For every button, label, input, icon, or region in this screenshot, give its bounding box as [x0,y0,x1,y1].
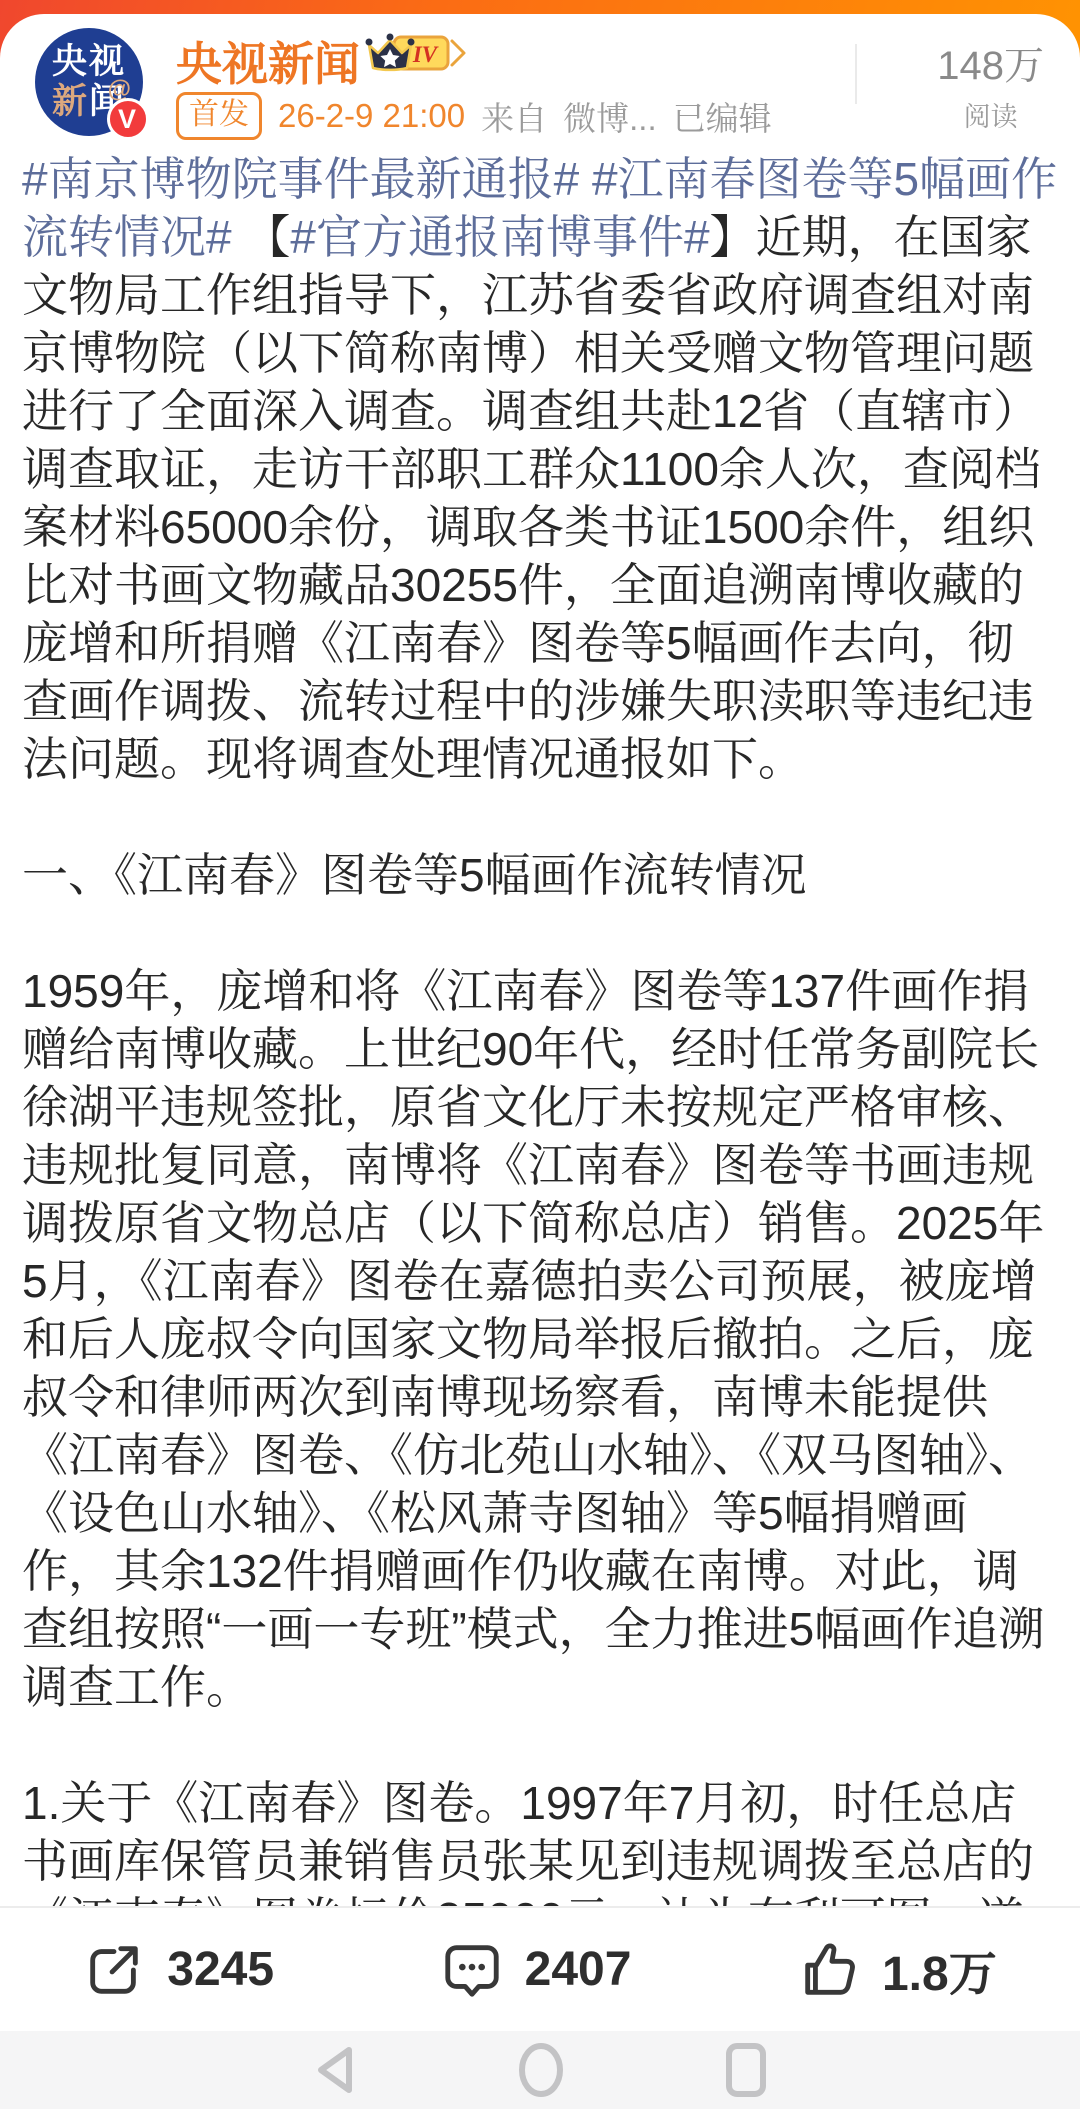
header-vertical-divider [855,44,857,104]
recents-icon[interactable] [725,2042,767,2098]
post-text: 一、《江南春》图卷等5幅画作流转情况 [22,849,807,901]
reads-block: 148万 阅读 [937,34,1044,134]
post-text: 】近期，在国家文物局工作组指导下，江苏省委省政府调查组对南京博物院（以下简称南博… [22,211,1041,785]
post-paragraph: 一、《江南春》图卷等5幅画作流转情况 [22,846,1058,904]
username[interactable]: 央视新闻 [176,28,360,94]
share-icon [83,1939,145,2001]
source-prefix: 来自 [481,93,547,140]
first-release-badge: 首发 [176,92,262,140]
avatar[interactable]: 央视 新闻 @ V [35,28,143,136]
comment-icon [441,1939,503,2001]
comment-count: 2407 [525,1942,632,1997]
home-icon[interactable] [517,2042,565,2098]
share-button[interactable]: 3245 [83,1939,274,2001]
post-body: #南京博物院事件最新通报# #江南春图卷等5幅画作流转情况# 【#官方通报南博事… [22,150,1058,1907]
avatar-line2-char1: 新 [52,82,89,121]
reads-label: 阅读 [937,95,1044,134]
verified-badge: V [107,98,149,140]
back-icon[interactable] [313,2044,357,2096]
post-text [579,153,592,205]
reads-count: 148万 [937,34,1044,91]
share-count: 3245 [167,1942,274,1997]
post-paragraph: 1959年，庞增和将《江南春》图卷等137件画作捐赠给南博收藏。上世纪90年代，… [22,962,1058,1716]
post-meta-row: 首发 26-2-9 21:00 来自 微博... 已编辑 [176,92,772,140]
crown-icon: IV [356,28,468,78]
edited-label: 已编辑 [673,93,772,140]
hashtag-link[interactable]: #官方通报南博事件# [290,211,709,263]
post-text: 【 [232,211,291,263]
thumbs-up-icon [798,1939,860,2001]
like-button[interactable]: 1.8万 [798,1935,997,2004]
comment-button[interactable]: 2407 [441,1939,632,2001]
vip-level-badge[interactable]: IV [356,28,468,83]
post-paragraph: 1.关于《江南春》图卷。1997年7月初，时任总店书画库保管员兼销售员张某见到违… [22,1774,1058,1907]
post-text: 1.关于《江南春》图卷。1997年7月初，时任总店书画库保管员兼销售员张某见到违… [22,1777,1034,1907]
post-text: 1959年，庞增和将《江南春》图卷等137件画作捐赠给南博收藏。上世纪90年代，… [22,965,1044,1713]
like-count: 1.8万 [882,1935,997,2004]
vip-level-text: IV [412,42,439,67]
timestamp: 26-2-9 21:00 [278,97,465,135]
source-name[interactable]: 微博... [563,93,657,140]
android-navbar [0,2031,1080,2109]
post-paragraph: #南京博物院事件最新通报# #江南春图卷等5幅画作流转情况# 【#官方通报南博事… [22,150,1058,788]
action-bar: 3245 2407 1.8万 [0,1908,1080,2031]
hashtag-link[interactable]: #南京博物院事件最新通报# [22,153,579,205]
